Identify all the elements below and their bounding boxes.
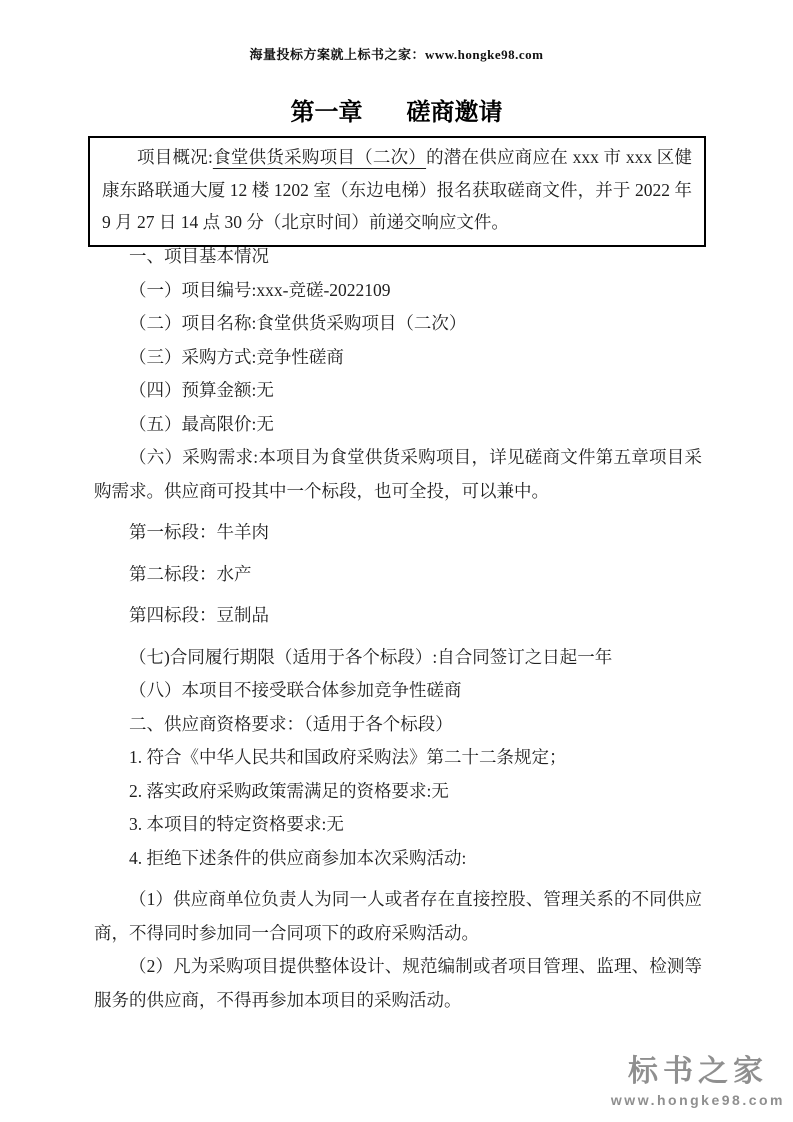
paragraph: 第一标段：牛羊肉 <box>94 516 702 550</box>
project-overview-paragraph: 项目概况:食堂供货采购项目（二次）的潜在供应商应在 xxx 市 xxx 区健康东… <box>102 141 692 239</box>
title-chapter: 第一章 <box>291 92 363 127</box>
title-text: 磋商邀请 <box>407 92 503 127</box>
paragraph: （五）最高限价:无 <box>94 408 702 442</box>
paragraph: 第二标段：水产 <box>94 558 702 592</box>
project-name-underlined: 食堂供货采购项目（二次） <box>213 147 426 167</box>
paragraph: （1）供应商单位负责人为同一人或者存在直接控股、管理关系的不同供应商，不得同时参… <box>94 883 702 950</box>
paragraph: 2. 落实政府采购政策需满足的资格要求:无 <box>94 775 702 809</box>
page-title: 第一章 磋商邀请 <box>0 92 793 127</box>
paragraph: （一）项目编号:xxx-竞磋-2022109 <box>94 274 702 308</box>
body-paragraphs: 一、项目基本情况（一）项目编号:xxx-竞磋-2022109（二）项目名称:食堂… <box>94 240 702 1017</box>
header-watermark-text: 海量投标方案就上标书之家：www.hongke98.com <box>0 44 793 63</box>
paragraph: （四）预算金额:无 <box>94 374 702 408</box>
paragraph: 1. 符合《中华人民共和国政府采购法》第二十二条规定； <box>94 741 702 775</box>
paragraph: （六）采购需求:本项目为食堂供货采购项目，详见磋商文件第五章项目采购需求。供应商… <box>94 441 702 508</box>
document-page: 海量投标方案就上标书之家：www.hongke98.com 第一章 磋商邀请 项… <box>0 0 793 1122</box>
paragraph: （三）采购方式:竞争性磋商 <box>94 341 702 375</box>
paragraph: 第四标段：豆制品 <box>94 599 702 633</box>
footer-logo-text: 标书之家 <box>611 1046 785 1090</box>
paragraph: （二）项目名称:食堂供货采购项目（二次） <box>94 307 702 341</box>
footer-logo-url: www.hongke98.com <box>611 1092 785 1108</box>
overview-prefix: 项目概况: <box>137 147 213 167</box>
paragraph: （八）本项目不接受联合体参加竞争性磋商 <box>94 674 702 708</box>
paragraph: （2）凡为采购项目提供整体设计、规范编制或者项目管理、监理、检测等服务的供应商，… <box>94 950 702 1017</box>
paragraph: 一、项目基本情况 <box>94 240 702 274</box>
paragraph: 3. 本项目的特定资格要求:无 <box>94 808 702 842</box>
paragraph: 4. 拒绝下述条件的供应商参加本次采购活动: <box>94 842 702 876</box>
paragraph: 二、供应商资格要求：（适用于各个标段） <box>94 708 702 742</box>
paragraph: （七)合同履行期限（适用于各个标段）:自合同签订之日起一年 <box>94 641 702 675</box>
project-overview-box: 项目概况:食堂供货采购项目（二次）的潜在供应商应在 xxx 市 xxx 区健康东… <box>88 136 706 247</box>
footer-watermark: 标书之家 www.hongke98.com <box>611 1046 785 1108</box>
